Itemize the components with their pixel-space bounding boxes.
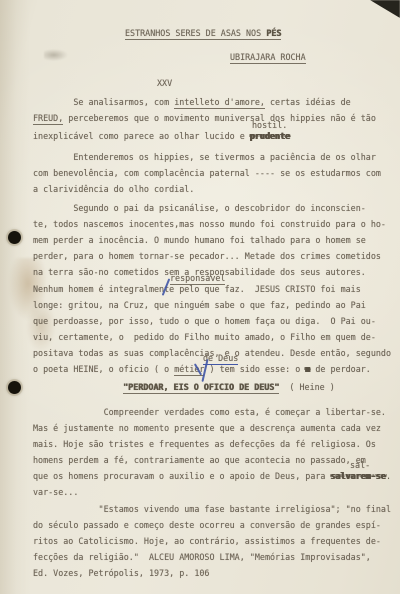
text-segment: viu, certamente, o pedido do Filho muito…: [33, 332, 376, 342]
text-line: "Estamos vivendo uma fase bastante irrel…: [33, 504, 391, 514]
text-segment: o poeta HEINE, o oficio ( o: [33, 364, 174, 374]
inserted-word: responsável: [170, 274, 225, 283]
text-segment: var-se...: [33, 487, 78, 497]
text-segment: que os homens procuravam o auxilio e o a…: [33, 471, 331, 481]
text-segment: "PERDOAR, EIS O OFICIO DE DEUS": [123, 382, 279, 394]
text-line: viu, certamente, o pedido do Filho muito…: [33, 332, 376, 342]
struck-out-word: m: [305, 364, 310, 374]
text-line: que perdoasse, por isso, tudo o que o ho…: [33, 316, 376, 326]
inserted-word-text: hostil.: [252, 120, 287, 130]
text-segment: ( Heine ): [279, 382, 334, 392]
inserted-word-text: sal-: [350, 460, 370, 470]
text-line: Se analisarmos, com intelleto d'amore, c…: [33, 97, 351, 107]
text-segment: Compreender verdades como esta, é começa…: [33, 407, 386, 417]
text-line: o poeta HEINE, o oficio ( o métier ) tem…: [33, 364, 371, 374]
text-segment: de perdoar.: [310, 364, 371, 374]
text-segment: "Estamos vivendo uma fase bastante irrel…: [33, 504, 391, 514]
title: ESTRANHOS SERES DE ASAS NOS PÉS: [125, 28, 281, 38]
text-segment: ) tem sido esse: o: [204, 364, 305, 374]
inserted-word: hostil.: [252, 121, 287, 130]
text-line: FREUD, perceberemos que o movimento muni…: [33, 113, 376, 123]
text-line: Mas é justamente no momento presente que…: [33, 423, 381, 433]
text-line: inexplicável como parece ao olhar lucido…: [33, 131, 290, 141]
text-segment: ritos ao Catolicismo. Hoje, ao contrário…: [33, 536, 381, 546]
text-line: que os homens procuravam o auxilio e o a…: [33, 471, 391, 481]
inserted-word: de Deus: [203, 354, 238, 363]
text-line: ritos ao Catolicismo. Hoje, ao contrário…: [33, 536, 381, 546]
text-segment: métier: [174, 364, 204, 376]
text-line: com benevolência, com complacência pater…: [33, 168, 381, 178]
text-line: Nenhum homem é integralmente pelo que fa…: [33, 284, 361, 294]
text-line: mais. Hoje são tristes e frequentes as d…: [33, 439, 376, 449]
text-segment: a clarividência do olho cordial.: [33, 184, 194, 194]
text-segment: PÉS: [266, 28, 281, 40]
text-segment: do século passado e começo deste ocorreu…: [33, 520, 381, 530]
text-line: te, todos nascemos inocentes,mas nosso m…: [33, 219, 386, 229]
text-segment: perder, para o homem tornar-se pecador..…: [33, 251, 381, 261]
inserted-word: sal-: [350, 461, 370, 470]
text-segment: perceberemos que o movimento muniversal …: [63, 113, 376, 123]
text-segment: Entenderemos os hippies, se tivermos a p…: [33, 152, 376, 162]
text-segment: Nenhum homem é integralmente pelo que fa…: [33, 284, 361, 294]
text-segment: longe: gritou, na Cruz, que ninguém sabe…: [33, 300, 366, 310]
text-segment: com benevolência, com complacência pater…: [33, 168, 381, 178]
text-line: fecções da religião." ALCEU AMOROSO LIMA…: [33, 552, 371, 562]
quote: "PERDOAR, EIS O OFICIO DE DEUS" ( Heine …: [123, 382, 335, 392]
text-line: longe: gritou, na Cruz, que ninguém sabe…: [33, 300, 366, 310]
text-segment: fecções da religião." ALCEU AMOROSO LIMA…: [33, 552, 371, 562]
text-segment: Ed. Vozes, Petrópolis, 1973, p. 106: [33, 568, 209, 578]
struck-out-word: prudente: [250, 131, 290, 141]
text-segment: homens perdem a fé, contrariamente ao qu…: [33, 455, 366, 465]
text-line: var-se...: [33, 487, 78, 497]
text-segment: ESTRANHOS SERES DE ASAS NOS: [125, 28, 266, 40]
struck-out-word: salvarem-se: [331, 471, 386, 481]
inserted-word-text: de Deus: [203, 353, 238, 365]
text-segment: Mas é justamente no momento presente que…: [33, 423, 381, 433]
scanned-typewritten-page: ESTRANHOS SERES DE ASAS NOS PÉSUBIRAJARA…: [0, 0, 400, 594]
section-number: XXV: [157, 78, 172, 88]
text-segment: que perdoasse, por isso, tudo o que o ho…: [33, 316, 376, 326]
text-line: mem perder a inocência. O mundo humano f…: [33, 235, 366, 245]
text-segment: FREUD,: [33, 113, 63, 125]
text-segment: mais. Hoje são tristes e frequentes as d…: [33, 439, 376, 449]
text-line: do século passado e começo deste ocorreu…: [33, 520, 381, 530]
text-line: homens perdem a fé, contrariamente ao qu…: [33, 455, 366, 465]
text-segment: certas idéias de: [265, 97, 351, 107]
inserted-word-text: responsável: [170, 273, 225, 285]
text-segment: inexplicável como parece ao olhar lucido…: [33, 131, 250, 141]
text-segment: Se analisarmos, com: [33, 97, 174, 107]
text-line: perder, para o homem tornar-se pecador..…: [33, 251, 381, 261]
text-segment: te, todos nascemos inocentes,mas nosso m…: [33, 219, 386, 229]
text-line: Ed. Vozes, Petrópolis, 1973, p. 106: [33, 568, 209, 578]
text-line: Segundo o pai da psicanálise, o descobri…: [33, 203, 366, 213]
text-line: Compreender verdades como esta, é começa…: [33, 407, 386, 417]
text-layer: ESTRANHOS SERES DE ASAS NOS PÉSUBIRAJARA…: [0, 0, 400, 594]
byline: UBIRAJARA ROCHA: [230, 52, 306, 62]
text-segment: intelleto d'amore,: [174, 97, 265, 109]
text-line: Entenderemos os hippies, se tivermos a p…: [33, 152, 376, 162]
text-segment: Segundo o pai da psicanálise, o descobri…: [33, 203, 366, 213]
text-segment: XXV: [157, 78, 172, 88]
text-segment: UBIRAJARA ROCHA: [230, 52, 306, 64]
text-line: a clarividência do olho cordial.: [33, 184, 194, 194]
text-segment: mem perder a inocência. O mundo humano f…: [33, 235, 366, 245]
